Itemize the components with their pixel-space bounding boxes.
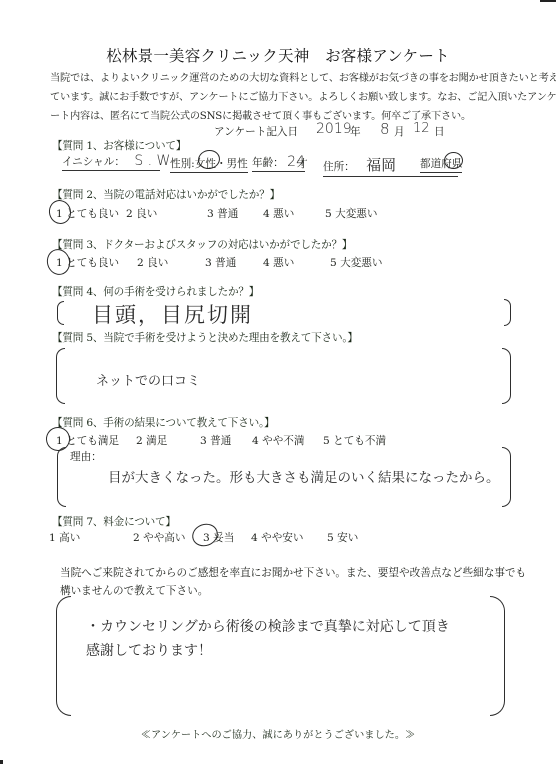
q4-heading: 【質問 4、何の手術を受けられましたか？】 [52, 284, 259, 299]
q5-heading: 【質問 5、当院で手術を受けようと決めた理由を教えて下さい。】 [52, 330, 358, 345]
date-month-unit: 月 [394, 124, 405, 139]
address-label: 住所： [323, 161, 355, 173]
age-label: 年齢： [252, 157, 284, 169]
q4-answer-bracket-left [57, 301, 64, 325]
impressions-prompt-line-1: 当院へご来院されてからのご感想を率直にお聞かせ下さい。また、要望や改善点など些細… [60, 565, 526, 580]
q6-reason-label: 理由： [70, 449, 102, 464]
intro-line-2: ています。誠にお手数ですが、アンケートにご協力下さい。よろしくお願い致します。な… [50, 88, 520, 107]
q7-option-1[interactable]: 1 高い [49, 530, 80, 545]
q4-answer-bracket-right [504, 299, 511, 326]
initial-field[interactable]: イニシャル： S . W [62, 153, 160, 171]
address-value: 福岡 [366, 156, 396, 174]
q5-answer[interactable]: ネットでの口コミ [96, 370, 200, 389]
scan-mark-top-right [540, 0, 556, 2]
date-year-value[interactable]: 2019 [316, 121, 352, 137]
scan-mark-bottom-left [0, 760, 3, 764]
q6-reason-bracket-left [57, 447, 66, 507]
q3-option-2[interactable]: 2 良い [137, 255, 168, 270]
q6-reason-answer[interactable]: 目が大きくなった。形も大きさも満足のいく結果になったから。 [108, 466, 500, 486]
q6-heading: 【質問 6、手術の結果について教えて下さい。】 [52, 415, 274, 430]
footer-thanks: ≪アンケートへのご協力、誠にありがとうございました。≫ [0, 726, 556, 741]
q2-option-3[interactable]: 3 普通 [207, 206, 238, 221]
q3-heading: 【質問 3、ドクターおよびスタッフの対応はいかがでしたか？】 [52, 237, 352, 252]
q2-option-2[interactable]: 2 良い [126, 206, 157, 221]
q6-option-2[interactable]: 2 満足 [136, 433, 167, 448]
gender-option-male[interactable]: 男性 [227, 158, 248, 170]
initial-value: S . W [134, 153, 170, 169]
q1-heading: 【質問 1、お客様について】 [52, 138, 186, 153]
prefecture-circle-mark [444, 152, 463, 169]
date-year-unit: 年 [350, 124, 361, 139]
q2-option-4[interactable]: 4 悪い [263, 206, 294, 221]
impressions-bracket-right [490, 596, 505, 716]
impressions-answer-line-2[interactable]: 感謝しております！ [86, 640, 212, 660]
q6-option-4[interactable]: 4 やや不満 [252, 433, 304, 448]
q7-option-4[interactable]: 4 やや安い [251, 530, 303, 545]
q6-option-3[interactable]: 3 普通 [200, 433, 231, 448]
q7-selected-circle-mark [189, 520, 221, 550]
intro-line-1: 当院では、よりよいクリニック運営のための大切な資料として、お客様がお気づきの事を… [50, 69, 520, 88]
q5-answer-bracket-left [56, 348, 65, 404]
page-title: 松林景一美容クリニック天神 お客様アンケート [0, 44, 556, 66]
q6-reason-bracket-right [502, 447, 511, 507]
date-label: アンケート記入日 [214, 124, 298, 139]
q4-answer[interactable]: 目頭，目尻切開 [92, 299, 253, 329]
q7-heading: 【質問 7、料金について】 [52, 514, 176, 529]
q7-option-2[interactable]: 2 やや高い [133, 530, 185, 545]
q5-answer-bracket-right [502, 348, 511, 404]
q3-option-5[interactable]: 5 大変悪い [330, 255, 382, 270]
age-unit: 才 [297, 156, 308, 171]
q7-option-5[interactable]: 5 安い [327, 530, 358, 545]
impressions-answer-line-1[interactable]: ・カウンセリングから術後の検診まで真摯に対応して頂き [86, 616, 450, 636]
date-day-unit: 日 [434, 124, 445, 139]
date-day-value[interactable]: 12 [413, 121, 430, 136]
initial-label: イニシャル： [62, 156, 125, 168]
q2-option-5[interactable]: 5 大変悪い [325, 206, 377, 221]
gender-label: 性別: [170, 158, 195, 170]
q6-option-5[interactable]: 5 とても不満 [323, 433, 386, 448]
impressions-bracket-left [56, 596, 71, 716]
date-month-value[interactable]: 8 [380, 120, 390, 138]
q3-option-4[interactable]: 4 悪い [263, 255, 294, 270]
impressions-prompt-line-2: 構いませんので教えて下さい。 [60, 583, 208, 598]
q3-option-3[interactable]: 3 普通 [205, 255, 236, 270]
q2-heading: 【質問 2、当院の電話対応はいかがでしたか？】 [52, 187, 280, 202]
